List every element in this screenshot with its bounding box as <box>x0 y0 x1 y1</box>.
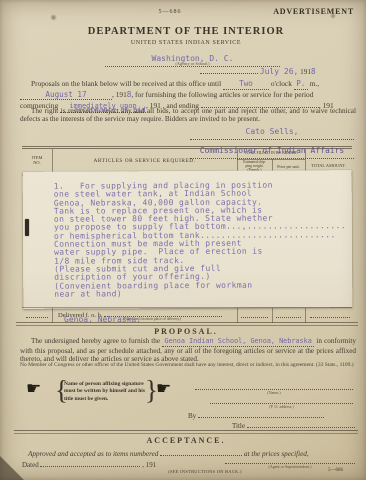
by-blank <box>198 410 324 418</box>
corner-shadow <box>0 456 24 480</box>
item-no-blank <box>26 310 48 318</box>
commissioner-signature: Cato Sells, Commissioner of Indian Affai… <box>190 121 354 159</box>
see-instructions: (SEE INSTRUCTIONS ON BACK.) <box>150 469 260 474</box>
signature-note: Name of person affixing signature must b… <box>64 381 148 403</box>
approved-text-1: Approved and accepted as to items number… <box>28 450 158 458</box>
form-number-top: 5—686 <box>125 9 215 15</box>
title-line: Title <box>232 420 355 430</box>
address-line <box>210 395 353 404</box>
title-blank <box>247 420 355 428</box>
proposal-heading: PROPOSAL. <box>20 327 352 336</box>
hole-punch-right <box>330 13 336 19</box>
supplier-typed: Genoa Indian School, Genoa, Nebraska <box>165 337 312 345</box>
commissioner-name-typed: Cato Sells, <box>246 127 299 136</box>
weight-blank <box>241 310 268 318</box>
delivered-row: Delivered f. o. b. (Name and location pl… <box>22 307 352 323</box>
title-label: Title <box>232 422 245 430</box>
bid-date-blank: August 17 <box>20 90 112 101</box>
delivered-typed: Genoa, Nebraska. <box>64 315 141 324</box>
advertisement-label: ADVERTISEMENT <box>252 7 354 16</box>
service-subtitle: UNITED STATES INDIAN SERVICE <box>20 40 352 46</box>
col-item-no: ITEM NO. <box>22 155 52 165</box>
acceptance-heading: ACCEPTANCE. <box>20 436 352 445</box>
total-blank <box>310 310 350 318</box>
table-divider <box>237 308 238 323</box>
intro-line-1: Proposals on the blank below will be rec… <box>20 79 356 90</box>
acceptance-rule <box>14 430 358 434</box>
item-description-typed: 1. For supplying and placing in position… <box>54 181 347 299</box>
bid-date-typed: August 17 <box>45 90 86 99</box>
intro-l1a: Proposals on the blank below will be rec… <box>31 79 221 88</box>
dated-blank <box>40 459 140 467</box>
intro-l1b: o'clock <box>271 79 292 88</box>
date-typed: July 26, <box>260 67 299 76</box>
name-line <box>195 381 353 390</box>
hole-punch-left <box>50 14 57 21</box>
dated-printed: , 191 <box>142 461 156 469</box>
by-label: By <box>188 412 196 420</box>
intro-l2b: , for furnishing the following articles … <box>131 90 313 99</box>
scanned-form-page: 5—686 ADVERTISEMENT DEPARTMENT OF THE IN… <box>0 0 366 480</box>
time-blank: Two <box>223 79 269 90</box>
dated-line: Dated , 191 <box>22 459 156 469</box>
manicule-left-icon: ☛ <box>26 381 41 398</box>
table-divider <box>272 308 273 323</box>
ink-mark <box>25 219 29 236</box>
dated-label: Dated <box>22 461 39 469</box>
intro-l2a: , 191 <box>112 90 127 99</box>
table-divider <box>52 308 53 323</box>
date-printed: 191 <box>300 68 311 76</box>
intro-line-2: August 17, 1918, for furnishing the foll… <box>20 90 356 101</box>
time-typed: Two <box>239 79 253 88</box>
address-caption: (P. O. address.) <box>210 404 353 409</box>
table-divider <box>305 308 306 323</box>
undersigned-paragraph: The undersigned hereby agree to furnish … <box>20 337 356 364</box>
manicule-right-icon: ☛ <box>156 381 171 398</box>
department-title: DEPARTMENT OF THE INTERIOR <box>20 26 352 37</box>
undersigned-text-1: The undersigned hereby agree to furnish … <box>31 337 160 345</box>
col-total: TOTAL AMOUNT. <box>305 163 352 168</box>
items-numbered-blank <box>160 448 242 456</box>
col-price: Price per unit. <box>272 164 305 169</box>
agent-line <box>225 456 355 464</box>
commissioner-title-typed: Commissioner of Indian Affairs <box>200 146 345 155</box>
form-number-bottom: 5—686 <box>328 468 343 473</box>
date-line: July 26, 1918 <box>200 66 358 76</box>
date-year-typed: 8 <box>311 67 316 76</box>
date-blank <box>200 66 258 74</box>
acceptance-of-bid-typed: acceptance of bid. <box>74 106 150 114</box>
by-line: By <box>188 410 324 420</box>
intro-l1c: m., <box>310 79 319 88</box>
ampm-blank: P. <box>294 79 308 90</box>
supplier-blank: Genoa Indian School, Genoa, Nebraska <box>162 337 314 347</box>
pasted-note: 1. For supplying and placing in position… <box>23 170 353 309</box>
ampm-typed: P. <box>296 79 305 88</box>
congress-note: No Member of Congress or other officer o… <box>20 362 356 368</box>
price-blank <box>276 310 301 318</box>
